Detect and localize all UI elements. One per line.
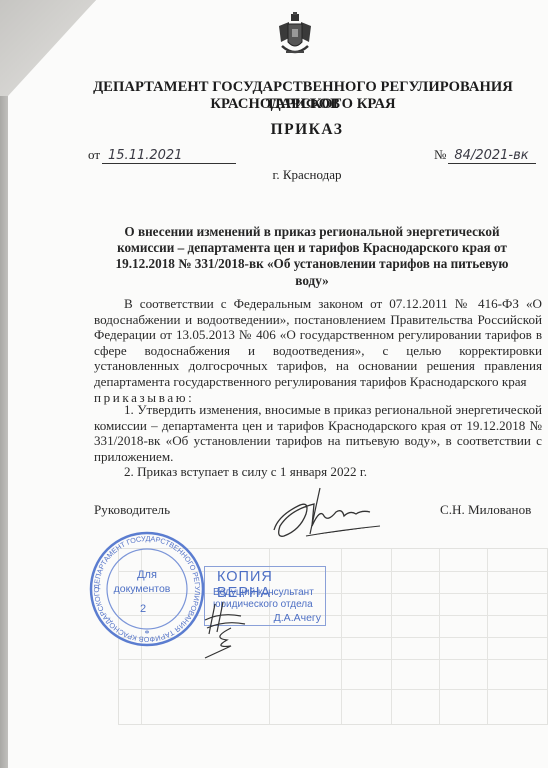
order-item-1: 1. Утвердить изменения, вносимые в прика… [94,402,542,464]
signer-title: Руководитель [94,502,170,518]
order-subject: О внесении изменений в приказ региональн… [106,224,518,289]
date-prefix: от [88,147,100,162]
number-prefix: № [434,147,446,162]
certifier-signature [201,598,251,660]
svg-text:2: 2 [140,603,146,615]
order-number: №84/2021-вк [434,147,536,164]
scanner-edge [0,0,9,768]
svg-text:Для: Для [137,569,157,581]
order-date: от15.11.2021 [88,147,236,164]
city: г. Краснодар [68,167,546,183]
coat-of-arms-icon [276,12,314,62]
svg-text:документов: документов [114,583,171,595]
document-page: ДЕПАРТАМЕНТ ГОСУДАРСТВЕННОГО РЕГУЛИРОВАН… [8,0,548,768]
preamble-text: В соответствии с Федеральным законом от … [94,296,542,390]
date-value: 15.11.2021 [102,148,182,163]
department-title-line2: КРАСНОДАРСКОГО КРАЯ [68,96,538,113]
signer-name: С.Н. Милованов [440,502,531,518]
number-value: 84/2021-вк [448,148,528,163]
official-seal: ДЕПАРТАМЕНТ ГОСУДАРСТВЕННОГО РЕГУЛИРОВАН… [88,530,206,648]
copy-stamp-name: Д.А.Ачегу [274,612,321,624]
document-type: ПРИКАЗ [68,121,546,139]
svg-text:*: * [145,629,150,640]
handwritten-signature [270,486,382,542]
order-item-2: 2. Приказ вступает в силу с 1 января 202… [94,464,542,480]
preamble: В соответствии с Федеральным законом от … [94,296,542,405]
copy-stamp-position: Ведущий консультант [213,587,314,598]
